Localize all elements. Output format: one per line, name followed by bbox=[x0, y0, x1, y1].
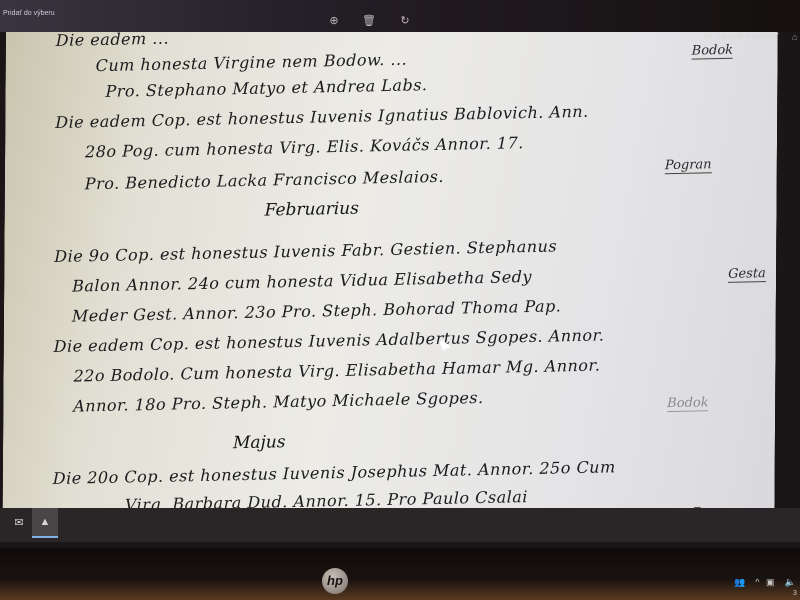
mail-icon: ✉ bbox=[14, 516, 23, 529]
trash-icon[interactable]: 🗑 bbox=[362, 14, 376, 28]
window-title[interactable]: Pridať do výberu bbox=[3, 10, 55, 17]
manuscript-line: Pro. Stephano Matyo et Andrea Labs. bbox=[105, 75, 427, 101]
manuscript-line: Annor. 18o Pro. Steph. Matyo Michaele Sg… bbox=[73, 388, 483, 416]
filmstrip-bar: ✉ ▲ bbox=[0, 508, 800, 542]
margin-note-place: Bodok bbox=[667, 395, 709, 412]
manuscript-line: Die 9o Cop. est honestus Iuvenis Fabr. G… bbox=[54, 236, 557, 266]
manuscript-line: 22o Bodolo. Cum honesta Virg. Elisabetha… bbox=[73, 356, 600, 386]
month-heading: Majus bbox=[233, 432, 286, 453]
edit-and-create-button[interactable]: ✂ Upraviť a vytvoriť bbox=[704, 30, 778, 43]
manuscript-line: Die eadem Cop. est honestus Iuvenis Adal… bbox=[54, 325, 605, 356]
document-image: Die eadem ...Cum honesta Virgine nem Bod… bbox=[2, 4, 778, 540]
manuscript-line: 28o Pog. cum honesta Virg. Elis. Kováčs … bbox=[85, 133, 524, 161]
manuscript-line: Die 20o Cop. est honestus Iuvenis Joseph… bbox=[53, 457, 616, 488]
system-tray: 👥 ^ bbox=[734, 577, 759, 588]
manuscript-line: Balon Annor. 24o cum honesta Vidua Elisa… bbox=[72, 267, 532, 296]
people-icon[interactable]: 👥 bbox=[734, 577, 745, 588]
hp-logo: hp bbox=[322, 568, 348, 594]
more-options-icon[interactable]: ⌂ bbox=[792, 32, 797, 42]
manuscript-line: Pro. Benedicto Lacka Francisco Meslaios. bbox=[85, 167, 444, 194]
manuscript-line: Cum honesta Virgine nem Bodow. ... bbox=[96, 50, 408, 76]
rotate-icon[interactable]: ↻ bbox=[398, 14, 412, 28]
top-toolbar: Pridať do výberu ⊕ 🗑 ↻ bbox=[0, 0, 800, 32]
zoom-in-icon[interactable]: ⊕ bbox=[327, 14, 341, 28]
filmstrip-item-image[interactable]: ▲ bbox=[32, 508, 58, 538]
photo-viewer-screen: Die eadem ...Cum honesta Virgine nem Bod… bbox=[0, 0, 800, 548]
margin-note-place: Bodok bbox=[692, 43, 734, 60]
chevron-up-icon[interactable]: ^ bbox=[755, 577, 759, 588]
edit-tools-icon: ✂ bbox=[704, 30, 713, 43]
volume-icon[interactable]: 🔈 bbox=[785, 577, 796, 588]
month-heading: Februarius bbox=[265, 199, 359, 221]
manuscript-line: Meder Gest. Annor. 23o Pro. Steph. Bohor… bbox=[72, 296, 562, 325]
clock[interactable]: 3 bbox=[793, 590, 797, 597]
margin-note-place: Gesta bbox=[728, 266, 766, 283]
filmstrip-item-mail[interactable]: ✉ bbox=[6, 508, 32, 536]
monitor-bezel bbox=[0, 548, 800, 600]
edit-and-create-label: Upraviť a vytvoriť bbox=[717, 32, 778, 41]
manuscript-line: Die eadem Cop. est honestus Iuvenis Igna… bbox=[55, 102, 589, 132]
image-icon: ▲ bbox=[40, 516, 51, 528]
network-icon[interactable]: ▣ bbox=[766, 577, 775, 588]
system-tray-right: ▣ 🔈 bbox=[766, 577, 796, 588]
margin-note-place: Pogran bbox=[665, 157, 712, 174]
